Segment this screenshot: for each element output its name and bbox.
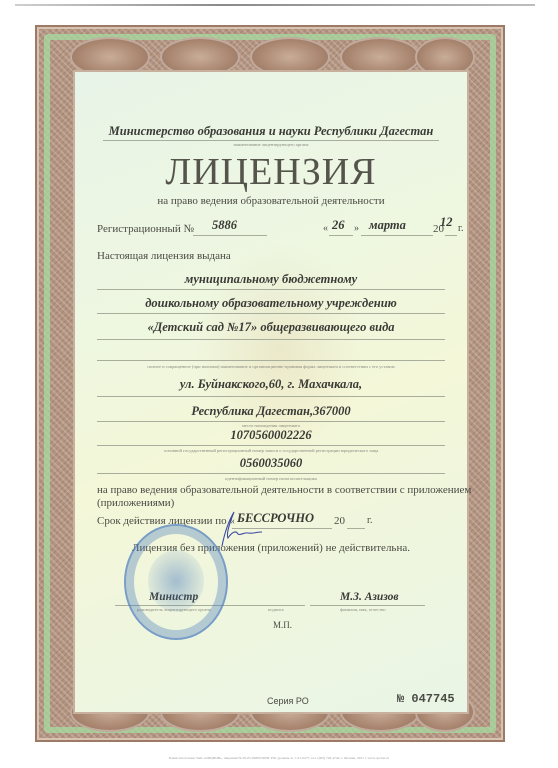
document-subtitle: на право ведения образовательной деятель… [75, 195, 467, 207]
frame-medallion [70, 37, 150, 77]
divider [347, 528, 365, 529]
registration-month: марта [369, 218, 406, 233]
issued-to-label: Настоящая лицензия выдана [97, 250, 231, 262]
divider [103, 140, 439, 141]
ogrn-value: 1070560002226 [75, 428, 467, 443]
year-unit: г. [458, 223, 463, 234]
divider [445, 235, 457, 236]
date-open-quote: « [323, 223, 328, 234]
validity-year-prefix: 20 [334, 515, 345, 527]
seal-eagle-emblem [148, 550, 204, 612]
divider [97, 313, 445, 314]
divider [310, 605, 425, 606]
scan-edge [15, 4, 535, 6]
divider [193, 235, 267, 236]
divider [97, 445, 445, 446]
registration-year: 12 [440, 215, 453, 230]
footer-print-info: Бланк изготовлен ЗАО «ОПЦИОН», лицензия … [0, 756, 558, 760]
divider [97, 339, 445, 340]
inn-caption: идентификационный номер налогоплательщик… [75, 476, 467, 481]
document-title: ЛИЦЕНЗИЯ [75, 150, 467, 194]
registration-label: Регистрационный № [97, 223, 194, 235]
licensee-line-3: «Детский сад №17» общеразвивающего вида [75, 320, 467, 335]
divider [329, 235, 353, 236]
date-close-quote: » [354, 223, 359, 234]
issuer-name: Министерство образования и науки Республ… [75, 124, 467, 139]
signature-caption: подпись [268, 607, 284, 612]
frame-medallion [415, 37, 475, 77]
address-line-1: ул. Буйнакского,60, г. Махачкала, [75, 377, 467, 392]
registration-number: 5886 [212, 218, 237, 233]
validity-year-unit: г. [367, 515, 372, 526]
signatory-name: М.З. Азизов [340, 591, 398, 603]
divider [97, 289, 445, 290]
frame-medallion [250, 37, 330, 77]
series-label: Серия РО [267, 696, 309, 706]
handwritten-signature [200, 508, 270, 548]
frame-medallion [160, 37, 240, 77]
divider [97, 421, 445, 422]
licensee-caption: полное и сокращенное (при наличии) наиме… [75, 364, 467, 369]
inn-value: 0560035060 [75, 456, 467, 471]
divider [97, 396, 445, 397]
scope-line-1: на право ведения образовательной деятель… [97, 484, 471, 496]
frame-medallion [340, 37, 420, 77]
licensee-line-1: муниципальному бюджетному [75, 272, 467, 287]
divider [97, 473, 445, 474]
issuer-caption: наименование лицензирующего органа [75, 142, 467, 147]
licensee-line-2: дошкольному образовательному учреждению [75, 296, 467, 311]
form-number: № 047745 [397, 692, 455, 706]
address-line-2: Республика Дагестан,367000 [75, 404, 467, 419]
ogrn-caption: основной государственный регистрационный… [75, 448, 467, 453]
seal-label: М.П. [273, 620, 292, 630]
scope-line-2: (приложениями) [97, 497, 174, 509]
registration-day: 26 [332, 218, 345, 233]
divider [97, 360, 445, 361]
name-caption: фамилия, имя, отчество [340, 607, 386, 612]
divider [361, 235, 433, 236]
